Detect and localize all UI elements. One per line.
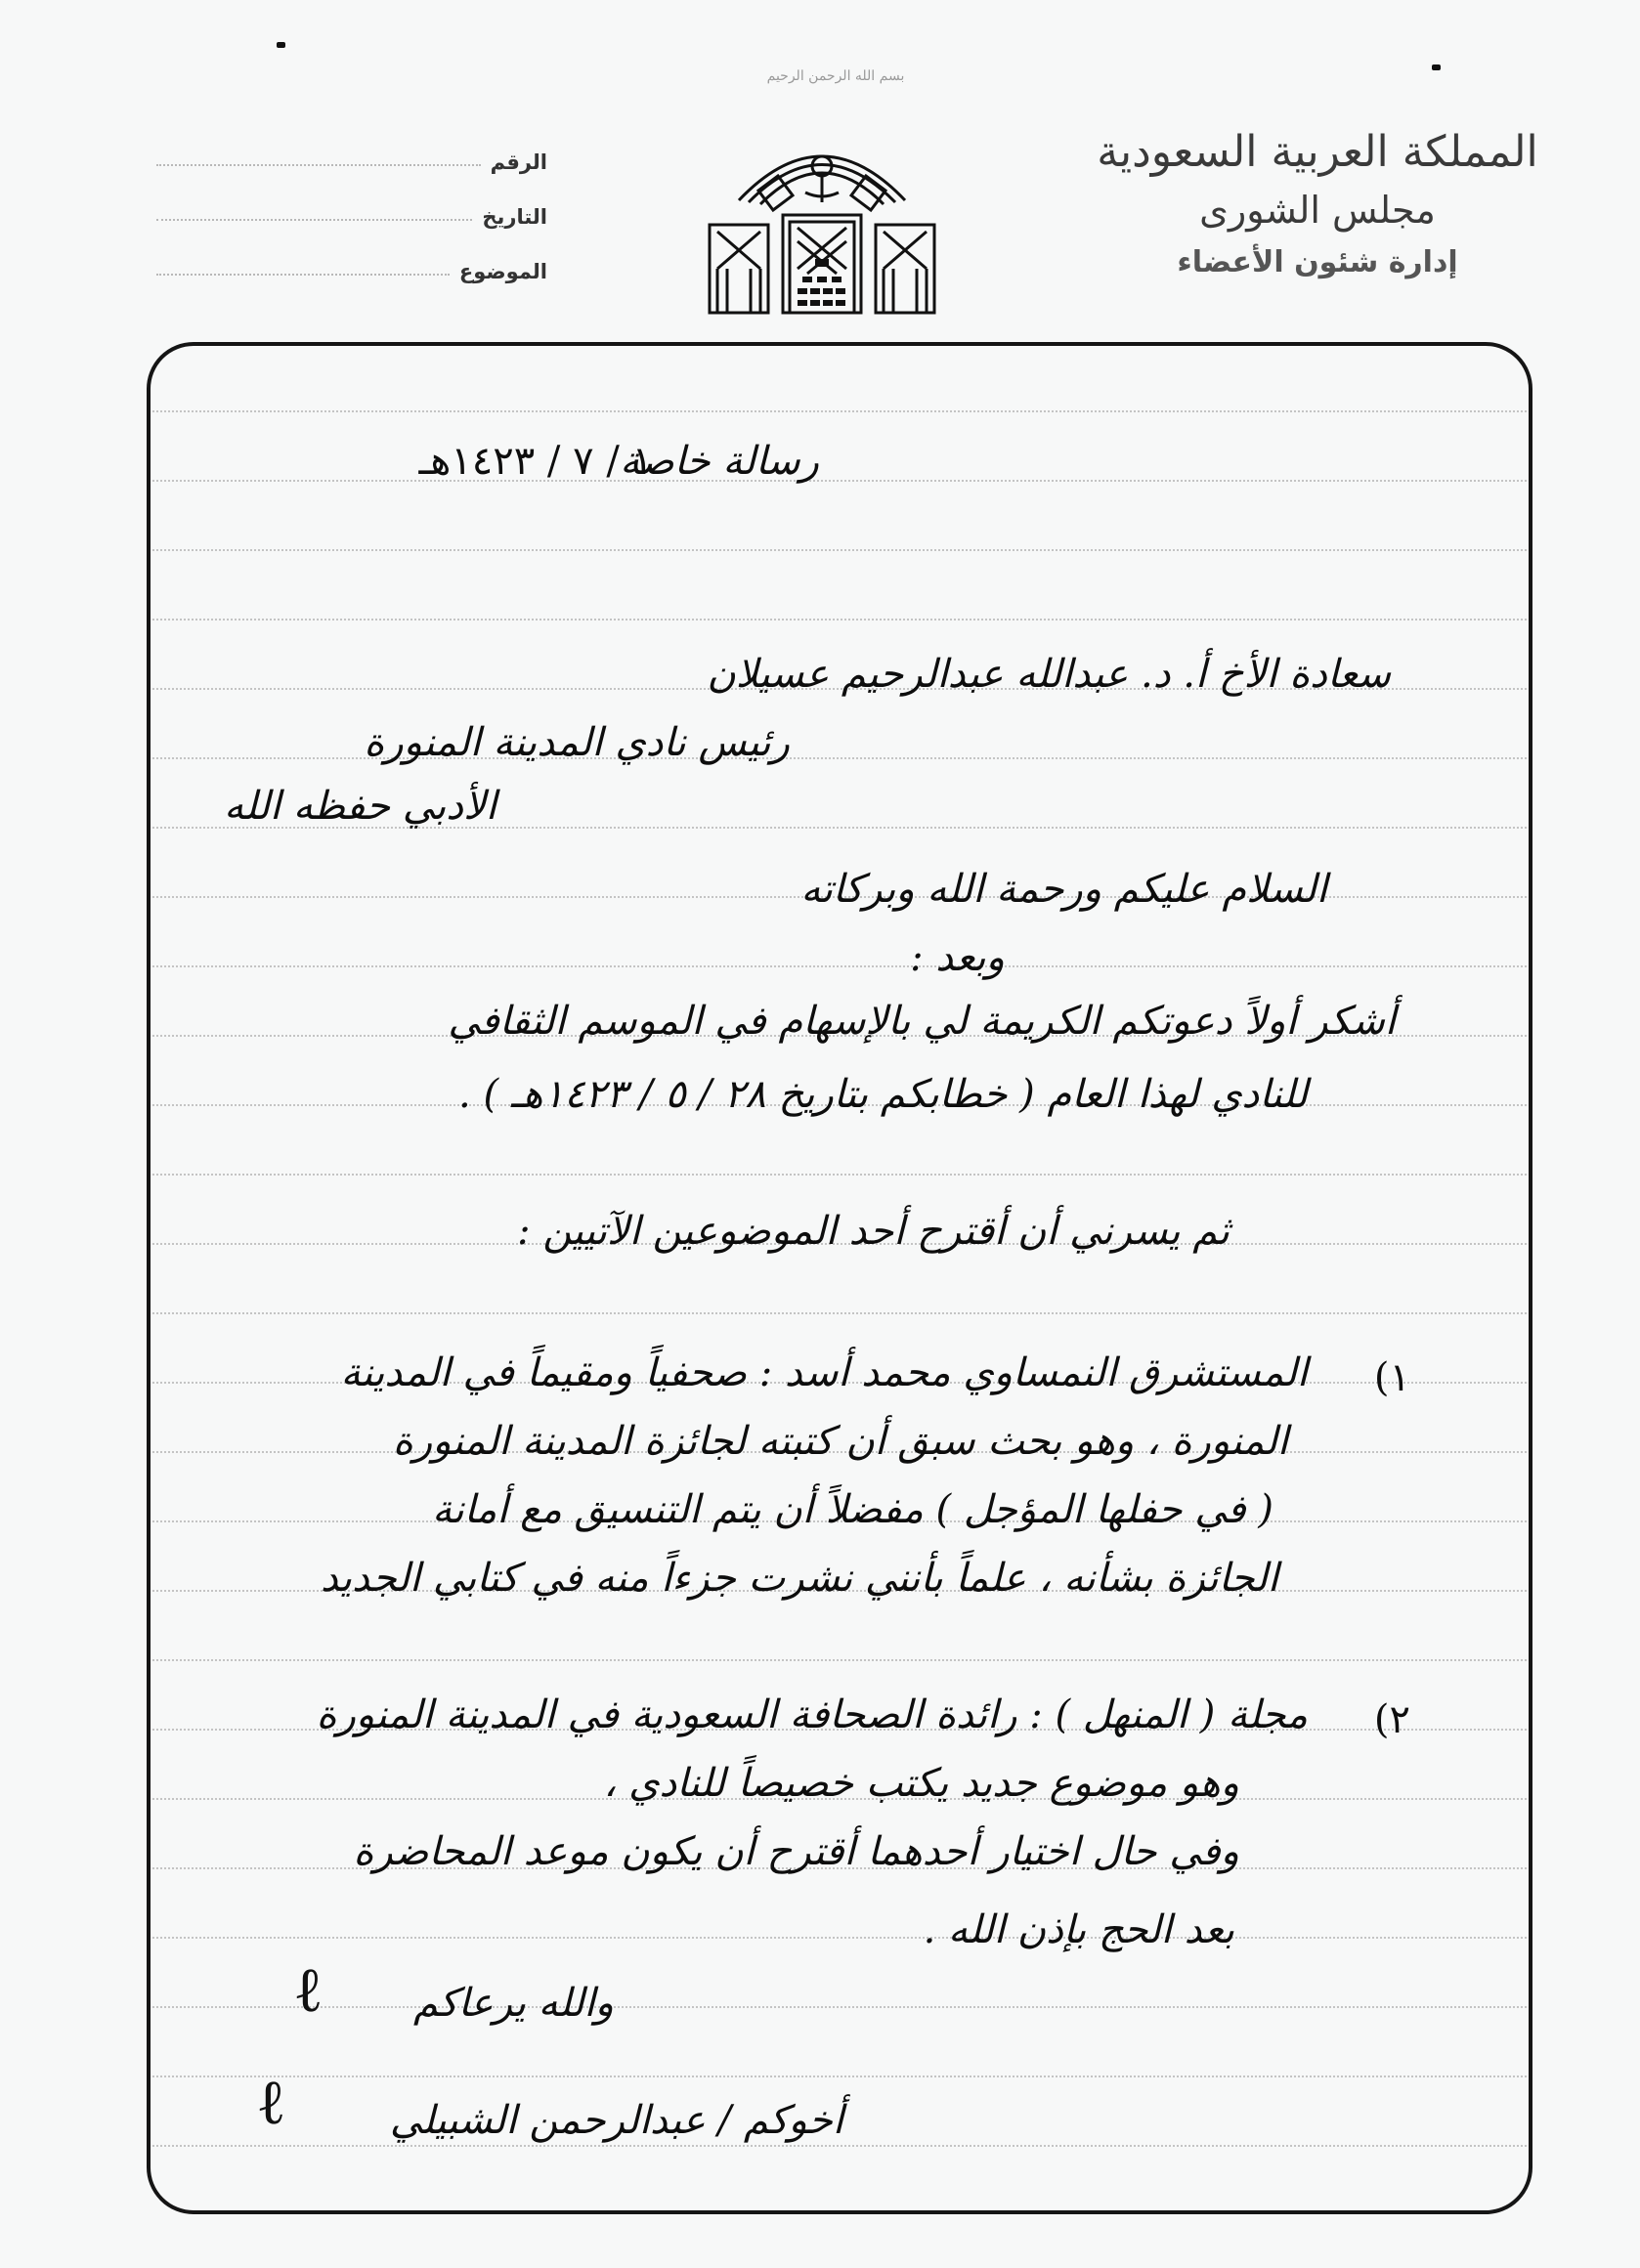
ruled-line	[152, 1174, 1527, 1176]
ruled-line	[152, 757, 1527, 759]
initial-mark-2: ℓ	[256, 2067, 286, 2139]
greeting: السلام عليكم ورحمة الله وبركاته	[800, 870, 1327, 909]
ruled-line	[152, 2145, 1527, 2147]
shura-council-emblem-icon	[700, 122, 944, 318]
ruled-line	[152, 549, 1527, 551]
ruled-line	[152, 2006, 1527, 2008]
scan-speck	[277, 42, 285, 48]
ruled-line	[152, 619, 1527, 620]
letterhead-fields: الرقم التاريخ الموضوع	[156, 115, 547, 283]
item-1-number: ١)	[1374, 1358, 1410, 1397]
item-1-line-4: الجائزة بشأنه ، علماً بأنني نشرت جزءاً م…	[321, 1559, 1278, 1598]
field-date: التاريخ	[156, 174, 547, 229]
org-council: مجلس الشورى	[1093, 183, 1542, 237]
item-1-line-3: ( في حفلها المؤجل ) مفضلاً أن يتم التنسي…	[432, 1490, 1273, 1529]
ruled-line	[152, 2075, 1527, 2077]
opening: وبعد :	[910, 938, 1005, 977]
ruled-line	[152, 1659, 1527, 1661]
recipient-line-2: رئيس نادي المدينة المنورة	[364, 723, 790, 762]
signature: أخوكم / عبدالرحمن الشبيلي	[390, 2101, 843, 2140]
item-2-line-2: وهو موضوع جديد يكتب خصيصاً للنادي ،	[604, 1764, 1239, 1803]
item-1-line-1: المستشرق النمساوي محمد أسد : صحفياً ومقي…	[341, 1353, 1308, 1392]
item-1-line-2: المنورة ، وهو بحث سبق أن كتبته لجائزة ال…	[393, 1422, 1288, 1461]
ruled-line	[152, 1312, 1527, 1314]
paragraph-2: ثم يسرني أن أقترح أحد الموضوعين الآتيين …	[517, 1212, 1230, 1251]
valediction: والله يرعاكم	[413, 1984, 614, 2023]
field-date-label: التاريخ	[472, 205, 547, 229]
paragraph-1-line-2: للنادي لهذا العام ( خطابكم بتاريخ ٢٨ / ٥…	[458, 1075, 1308, 1114]
field-date-line	[156, 218, 472, 221]
field-number-label: الرقم	[481, 150, 547, 174]
closing-line-1: وفي حال اختيار أحدهما أقترح أن يكون موعد…	[353, 1832, 1239, 1871]
ruled-line	[152, 1937, 1527, 1939]
letter-date: ١ / ٧ / ١٤٢٣هـ	[418, 442, 653, 481]
ruled-line	[152, 480, 1527, 482]
initial-mark-1: ℓ	[293, 1954, 324, 2027]
closing-line-2: بعد الحج بإذن الله .	[924, 1910, 1234, 1949]
org-department: إدارة شئون الأعضاء	[1093, 237, 1542, 288]
letterhead-organization: المملكة العربية السعودية مجلس الشورى إدا…	[1093, 122, 1542, 288]
field-subject-line	[156, 273, 450, 276]
item-2-line-1: مجلة ( المنهل ) : رائدة الصحافة السعودية…	[317, 1695, 1308, 1734]
field-number: الرقم	[156, 115, 547, 174]
ruled-line	[152, 410, 1527, 412]
paragraph-1-line-1: أشكر أولاً دعوتكم الكريمة لي بالإسهام في…	[448, 1002, 1396, 1041]
scanned-letter-page: بسم الله الرحمن الرحيم المملكة ال	[0, 0, 1640, 2268]
scan-speck	[1432, 64, 1441, 70]
org-country: المملكة العربية السعودية	[1093, 122, 1542, 183]
item-2-number: ٢)	[1374, 1700, 1410, 1739]
recipient-line-1: سعادة الأخ أ. د. عبدالله عبدالرحيم عسيلا…	[707, 655, 1391, 694]
ruled-line	[152, 965, 1527, 967]
basmala: بسم الله الرحمن الرحيم	[743, 68, 928, 84]
field-subject: الموضوع	[156, 229, 547, 283]
field-subject-label: الموضوع	[450, 260, 547, 283]
letter-frame	[147, 342, 1532, 2214]
field-number-line	[156, 163, 481, 166]
recipient-line-3: الأدبي حفظه الله	[224, 787, 496, 826]
